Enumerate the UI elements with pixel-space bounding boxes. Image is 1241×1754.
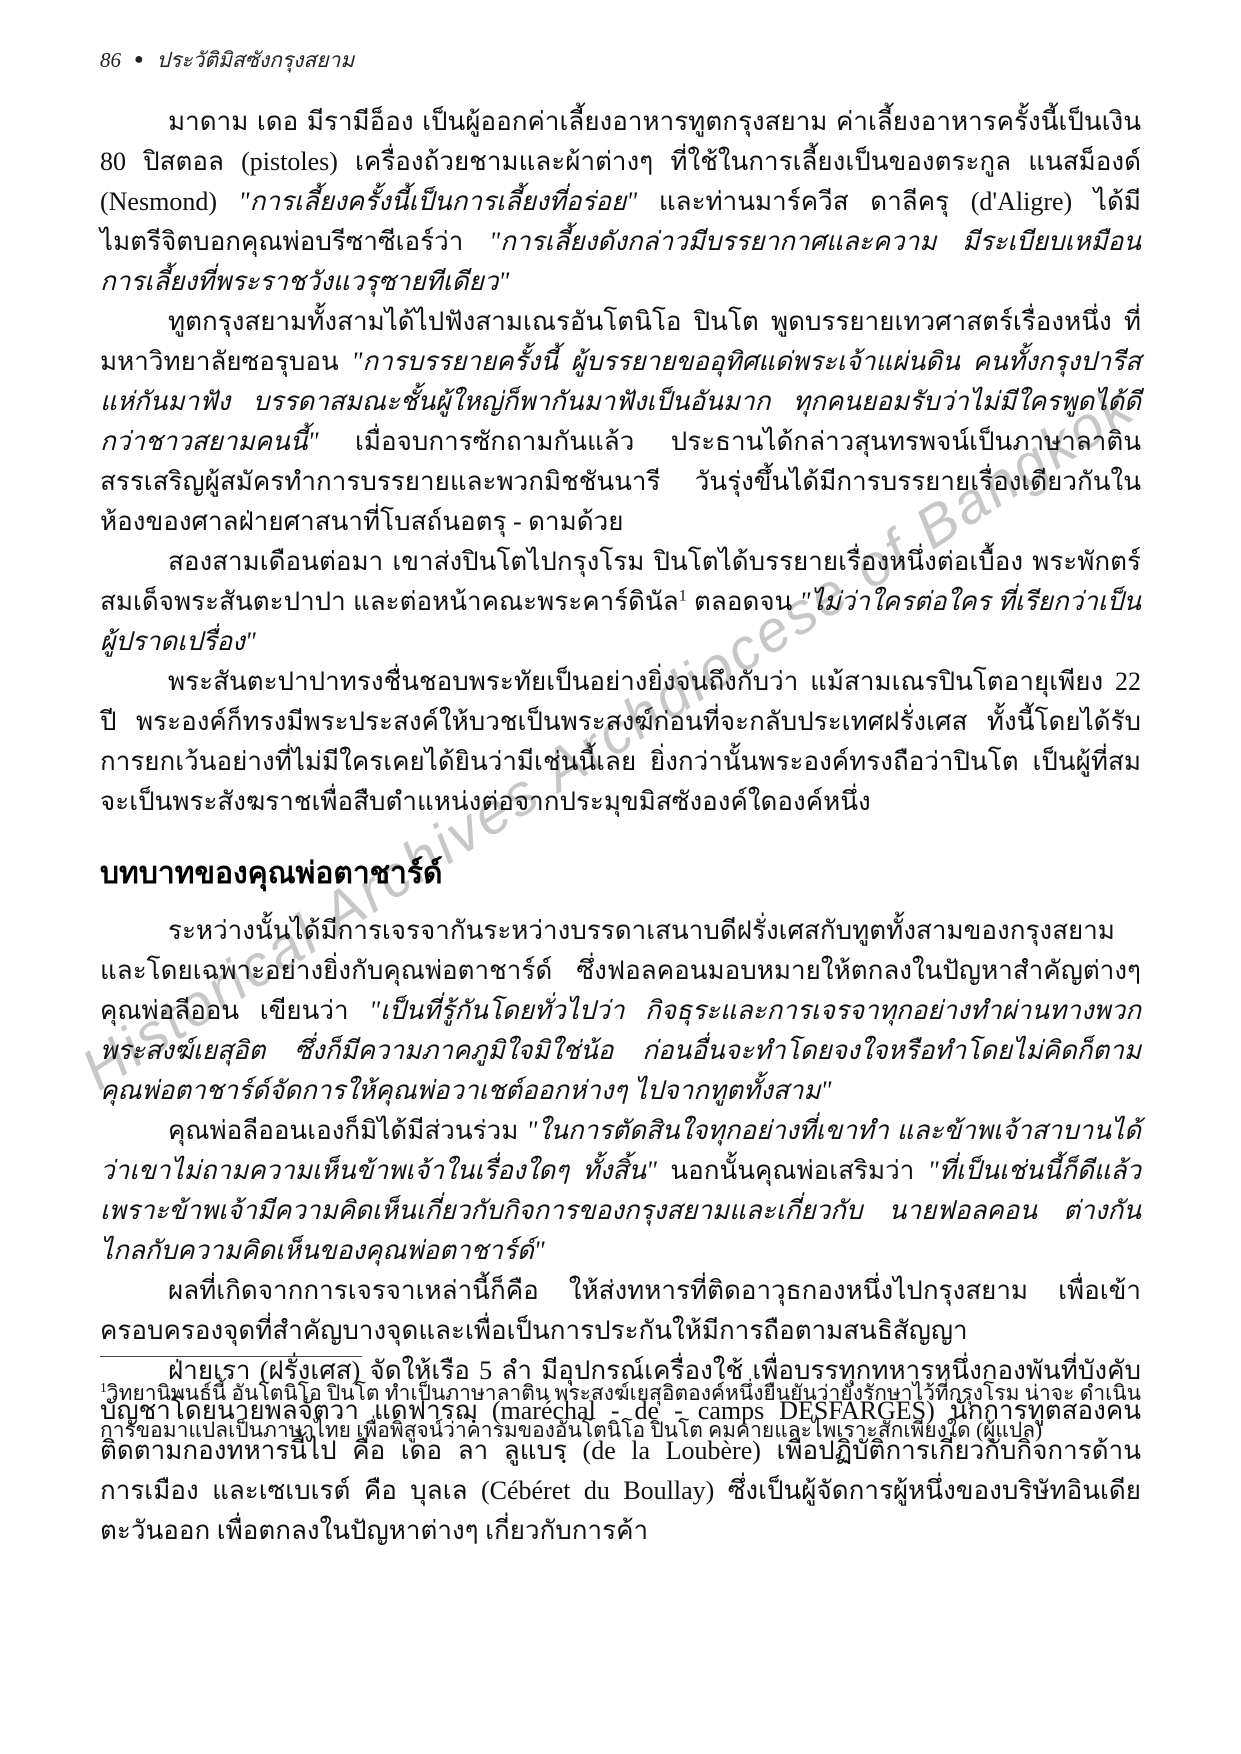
footnote-marker: 1: [100, 1380, 107, 1395]
paragraph: ผลที่เกิดจากการเจรจาเหล่านี้ก็คือ ให้ส่ง…: [100, 1271, 1141, 1351]
bullet-icon: ●: [134, 52, 144, 68]
running-header: 86 ● ประวัติมิสซังกรุงสยาม: [100, 44, 354, 77]
paragraph: ระหว่างนั้นได้มีการเจรจากันระหว่างบรรดาเ…: [100, 911, 1141, 1111]
paragraph: มาดาม เดอ มีรามีอ็อง เป็นผู้ออกค่าเลี้ยง…: [100, 102, 1141, 302]
running-title: ประวัติมิสซังกรุงสยาม: [157, 44, 355, 77]
document-page: Historical Archives Archdiocese of Bangk…: [0, 0, 1241, 1754]
paragraph: ทูตกรุงสยามทั้งสามได้ไปฟังสามเณรอันโตนิโ…: [100, 302, 1141, 542]
paragraph: สองสามเดือนต่อมา เขาส่งปินโตไปกรุงโรม ปิ…: [100, 542, 1141, 662]
paragraph: คุณพ่อลีออนเองก็มิได้มีส่วนร่วม "ในการตั…: [100, 1111, 1141, 1271]
footnote-text: 1วิทยานิพนธ์นี้ อันโตนิโอ ปินโต ทำเป็นภา…: [100, 1375, 1141, 1449]
paragraph: พระสันตะปาปาทรงชื่นชอบพระทัยเป็นอย่างยิ่…: [100, 662, 1141, 822]
page-number: 86: [100, 48, 121, 73]
footnote-divider: [100, 1356, 362, 1357]
page-body: มาดาม เดอ มีรามีอ็อง เป็นผู้ออกค่าเลี้ยง…: [100, 102, 1141, 1551]
footnote-area: 1วิทยานิพนธ์นี้ อันโตนิโอ ปินโต ทำเป็นภา…: [100, 1356, 1141, 1449]
section-heading: บทบาทของคุณพ่อตาชาร์ด์: [100, 850, 1141, 897]
